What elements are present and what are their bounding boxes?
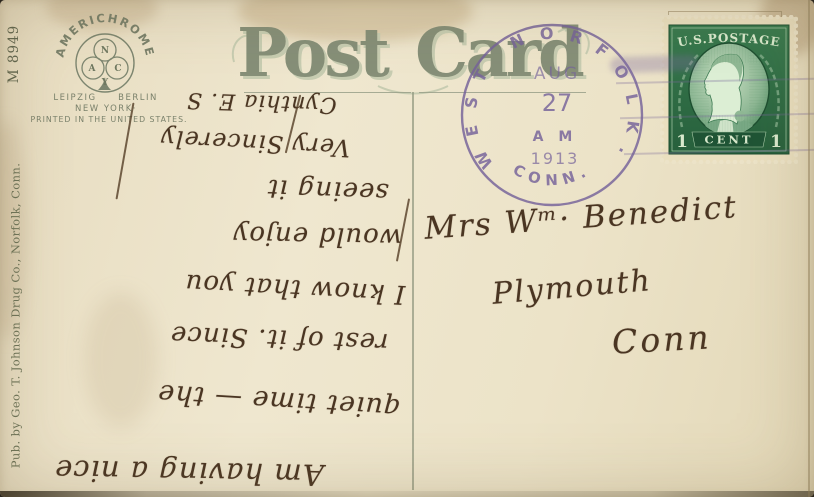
message-line: seeing it [13, 164, 416, 208]
message-line: would enjoy [12, 216, 414, 253]
cancel-smudge [610, 54, 699, 73]
message-line: rest of it. Since [8, 314, 411, 358]
message-line: quiet time — the [6, 369, 409, 424]
scan-right-edge [808, 0, 810, 497]
denomination-left: 1 [676, 132, 688, 152]
postcard-back: M 8949 Pub. by Geo. T. Johnson Drug Co.,… [0, 0, 814, 497]
handwritten-message: Am having a nice quiet time — the rest o… [3, 89, 419, 497]
message-line: Am having a nice [3, 452, 406, 493]
monogram-letter: C [114, 64, 121, 74]
postmark-stamp: WEST NORFOLK. CONN. AUG 27 A M 1913 [458, 21, 646, 209]
denomination-word: CENT [705, 133, 754, 147]
address-line-2: Plymouth [491, 263, 653, 312]
message-line: I know that you [10, 259, 413, 310]
address-line-3: Conn [611, 317, 713, 361]
postmark-year: 1913 [531, 149, 580, 168]
monogram-letter: N [101, 46, 109, 56]
postmark-month: AUG [534, 64, 580, 84]
monogram-letter: A [88, 64, 97, 74]
postmark-day: 27 [542, 89, 573, 117]
message-line: Very Sincerely [15, 117, 418, 166]
title-word-post: Post [237, 13, 390, 92]
postage-stamp: U.S.POSTAGE 1 CENT 1 [660, 15, 798, 164]
scan-bottom-shadow [0, 491, 814, 497]
postmark-meridiem: A M [533, 129, 578, 145]
